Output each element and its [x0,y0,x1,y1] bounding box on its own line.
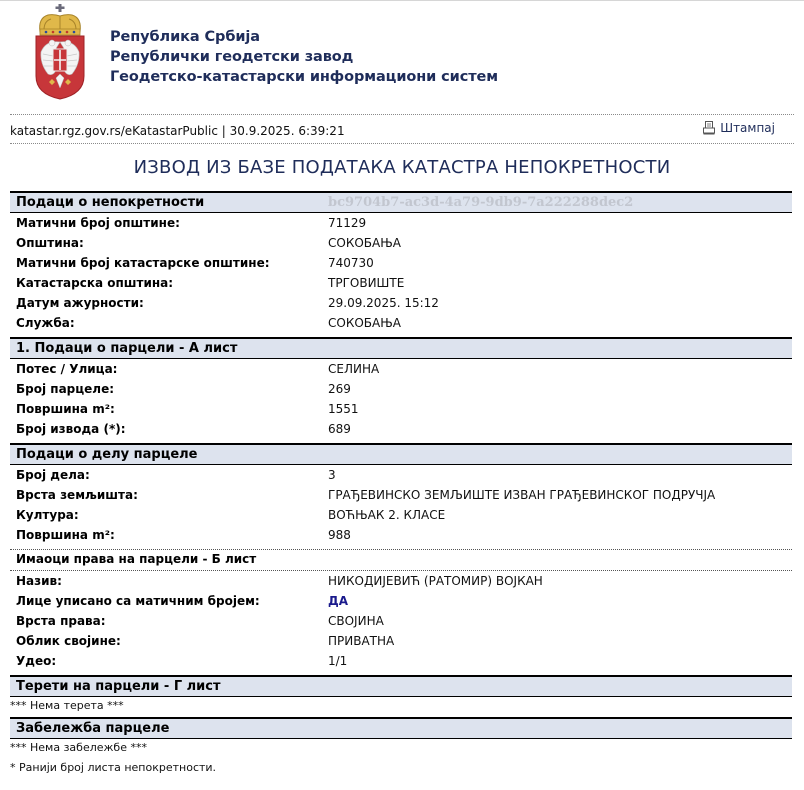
field-label: Датум ажурности: [16,293,144,313]
section-remarks-header: Забележба парцеле [10,717,792,739]
field-value: СВОЈИНА [328,611,384,631]
field-value: ТРГОВИШТЕ [328,273,404,293]
print-button[interactable]: Штампај [703,121,775,135]
table-row: Број парцеле:269 [10,379,792,399]
field-value: СОКОБАЊА [328,313,401,333]
field-value: 269 [328,379,351,399]
field-label: Врста земљишта: [16,485,138,505]
field-label: Удео: [16,651,56,671]
table-row: Површина m²:988 [10,525,792,545]
remarks-note: *** Нема забележбе *** [10,739,792,756]
field-value: 1551 [328,399,359,419]
title-institute: Републички геодетски завод [110,47,498,67]
table-row: Служба:СОКОБАЊА [10,313,792,333]
section-parcel-part-header: Подаци о делу парцеле [10,443,792,465]
table-row: Удео:1/1 [10,651,792,671]
field-label: Врста права: [16,611,106,631]
field-label: Површина m²: [16,525,115,545]
field-label: Култура: [16,505,79,525]
field-label: Катастарска општина: [16,273,173,293]
field-value: 29.09.2025. 15:12 [328,293,439,313]
table-row: Култура:ВОЋЊАК 2. КЛАСЕ [10,505,792,525]
header: Република Србија Републички геодетски за… [0,0,804,110]
serbian-coat-of-arms-icon [34,2,86,100]
field-value: НИКОДИЈЕВИЋ (РАТОМИР) ВОЈКАН [328,571,543,591]
table-row: Матични број општине:71129 [10,213,792,233]
table-row: Лице уписано са матичним бројем:ДА [10,591,792,611]
field-label: Назив: [16,571,62,591]
table-row: Матични број катастарске општине:740730 [10,253,792,273]
field-label: Матични број општине: [16,213,180,233]
table-row: Катастарска општина:ТРГОВИШТЕ [10,273,792,293]
table-row: Врста земљишта:ГРАЂЕВИНСКО ЗЕМЉИШТЕ ИЗВА… [10,485,792,505]
field-label: Број извода (*): [16,419,126,439]
section-title: Подаци о делу парцеле [16,447,198,462]
table-row: Врста права:СВОЈИНА [10,611,792,631]
section-title: Подаци о непокретности [16,195,204,210]
printer-icon [703,121,715,135]
field-value: ДА [328,591,348,611]
field-label: Матични број катастарске општине: [16,253,270,273]
field-value: СОКОБАЊА [328,233,401,253]
source-and-timestamp: katastar.rgz.gov.rs/eKatastarPublic | 30… [10,124,345,138]
field-label: Број парцеле: [16,379,114,399]
cadastre-extract: Подаци о непокретности bc9704b7-ac3d-4a7… [10,191,792,776]
field-value: ВОЋЊАК 2. КЛАСЕ [328,505,445,525]
table-row: Број извода (*):689 [10,419,792,439]
section-title: 1. Подаци о парцели - А лист [16,341,237,356]
table-row: Површина m²:1551 [10,399,792,419]
table-row: Општина:СОКОБАЊА [10,233,792,253]
field-label: Потес / Улица: [16,359,117,379]
divider [10,114,794,115]
document-guid: bc9704b7-ac3d-4a79-9db9-7a222288dec2 [328,193,633,213]
section-owners-header: Имаоци права на парцели - Б лист [10,549,792,571]
table-row: Потес / Улица:СЕЛИНА [10,359,792,379]
field-value: 689 [328,419,351,439]
burdens-note: *** Нема терета *** [10,697,792,714]
field-value: 1/1 [328,651,347,671]
table-row: Назив:НИКОДИЈЕВИЋ (РАТОМИР) ВОЈКАН [10,571,792,591]
field-value: 740730 [328,253,374,273]
footnote: * Ранији број листа непокретности. [10,759,792,776]
field-value: ГРАЂЕВИНСКО ЗЕМЉИШТЕ ИЗВАН ГРАЂЕВИНСКОГ … [328,485,715,505]
section-burdens-header: Терети на парцели - Г лист [10,675,792,697]
field-label: Општина: [16,233,84,253]
field-label: Служба: [16,313,75,333]
section-parcel-header: 1. Подаци о парцели - А лист [10,337,792,359]
field-label: Број дела: [16,465,90,485]
field-value: СЕЛИНА [328,359,379,379]
section-property-header: Подаци о непокретности bc9704b7-ac3d-4a7… [10,191,792,213]
field-value: 988 [328,525,351,545]
section-title: Терети на парцели - Г лист [16,679,221,694]
title-system: Геодетско-катастарски информациони систе… [110,67,498,87]
field-label: Површина m²: [16,399,115,419]
title-republic: Република Србија [110,27,498,47]
section-title: Забележба парцеле [16,721,169,736]
field-label: Лице уписано са матичним бројем: [16,591,260,611]
print-label[interactable]: Штампај [720,121,775,135]
page-title: ИЗВОД ИЗ БАЗЕ ПОДАТАКА КАТАСТРА НЕПОКРЕТ… [0,157,804,178]
field-value: 3 [328,465,336,485]
field-label: Облик својине: [16,631,121,651]
field-value: 71129 [328,213,366,233]
table-row: Број дела:3 [10,465,792,485]
field-value: ПРИВАТНА [328,631,394,651]
table-row: Облик својине:ПРИВАТНА [10,631,792,651]
institution-titles: Република Србија Републички геодетски за… [110,27,498,87]
divider [10,143,794,144]
table-row: Датум ажурности:29.09.2025. 15:12 [10,293,792,313]
